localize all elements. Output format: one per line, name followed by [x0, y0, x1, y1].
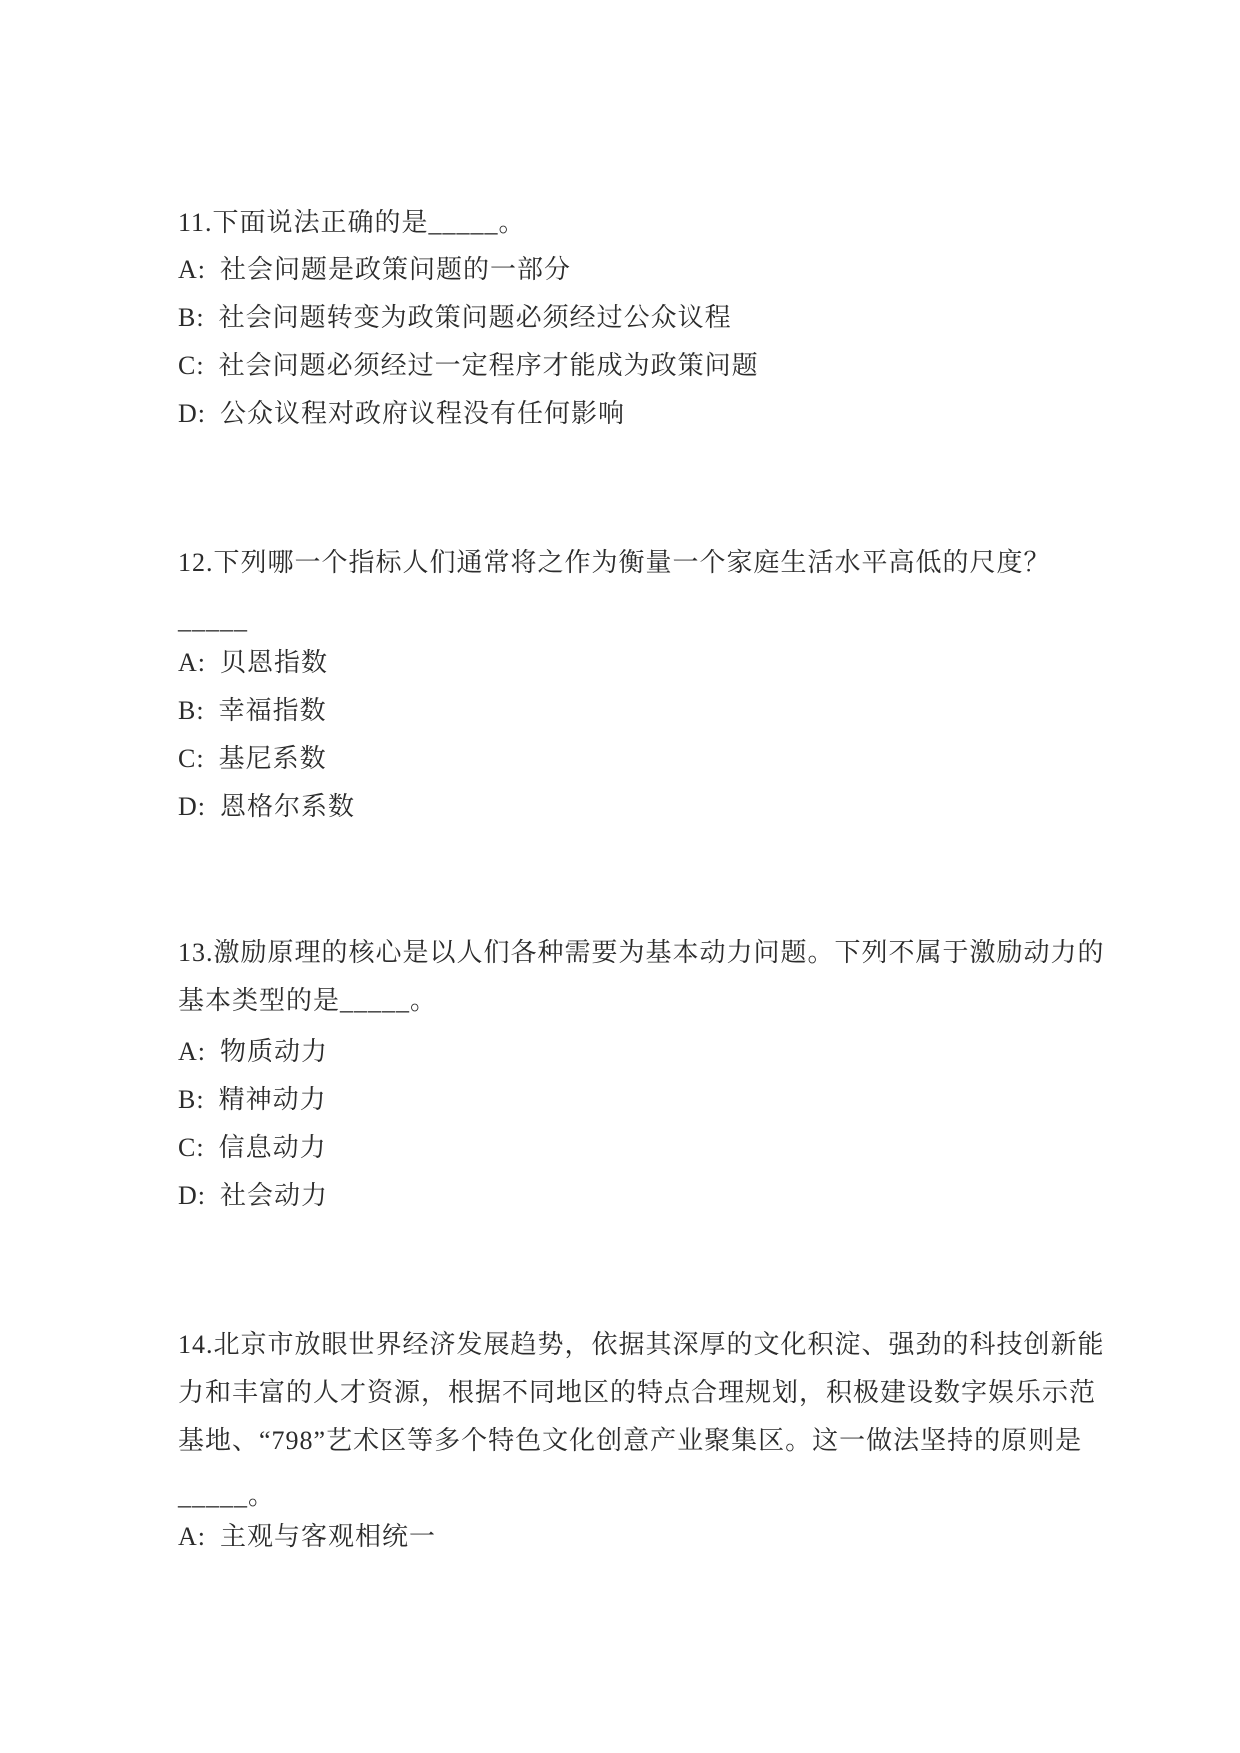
option-row: A:贝恩指数 — [178, 647, 1180, 679]
option-letter: A: — [178, 254, 206, 286]
option-text: 社会动力 — [220, 1181, 328, 1210]
option-text: 社会问题必须经过一定程序才能成为政策问题 — [219, 351, 759, 380]
option-text: 恩格尔系数 — [220, 792, 355, 821]
option-letter: C: — [178, 743, 205, 775]
question-blank-line: _____ — [178, 604, 1180, 636]
option-row: D:社会动力 — [178, 1180, 1180, 1212]
option-letter: A: — [178, 647, 206, 679]
question-stem-line: 11.下面说法正确的是_____。 — [178, 207, 1180, 239]
option-row: C:基尼系数 — [178, 743, 1180, 775]
question-stem-line: 基地、“798”艺术区等多个特色文化创意产业聚集区。这一做法坚持的原则是 — [178, 1425, 1180, 1457]
question-stem-line: 力和丰富的人才资源，根据不同地区的特点合理规划，积极建设数字娱乐示范 — [178, 1377, 1180, 1409]
question-stem-line: 13.激励原理的核心是以人们各种需要为基本动力问题。下列不属于激励动力的 — [178, 937, 1180, 969]
option-text: 物质动力 — [220, 1037, 328, 1066]
option-letter: B: — [178, 695, 205, 727]
option-row: C:信息动力 — [178, 1132, 1180, 1164]
option-row: D:恩格尔系数 — [178, 791, 1180, 823]
option-text: 社会问题是政策问题的一部分 — [220, 255, 571, 284]
question-14: 14.北京市放眼世界经济发展趋势，依据其深厚的文化积淀、强劲的科技创新能 力和丰… — [178, 1329, 1180, 1553]
option-letter: A: — [178, 1036, 206, 1068]
option-letter: D: — [178, 1180, 206, 1212]
option-text: 社会问题转变为政策问题必须经过公众议程 — [219, 303, 732, 332]
option-text: 公众议程对政府议程没有任何影响 — [220, 399, 625, 428]
option-row: C:社会问题必须经过一定程序才能成为政策问题 — [178, 350, 1180, 382]
document-page: 11.下面说法正确的是_____。 A:社会问题是政策问题的一部分 B:社会问题… — [0, 0, 1240, 1553]
option-text: 基尼系数 — [219, 744, 327, 773]
option-row: D:公众议程对政府议程没有任何影响 — [178, 398, 1180, 430]
option-text: 幸福指数 — [219, 696, 327, 725]
option-letter: B: — [178, 302, 205, 334]
option-text: 贝恩指数 — [220, 648, 328, 677]
option-letter: D: — [178, 791, 206, 823]
option-letter: C: — [178, 1132, 205, 1164]
option-row: B:社会问题转变为政策问题必须经过公众议程 — [178, 302, 1180, 334]
question-stem-line: 12.下列哪一个指标人们通常将之作为衡量一个家庭生活水平高低的尺度？ — [178, 547, 1180, 579]
question-stem-line: 基本类型的是_____。 — [178, 985, 1180, 1017]
option-row: A:主观与客观相统一 — [178, 1521, 1180, 1553]
option-letter: D: — [178, 398, 206, 430]
question-blank-line: _____。 — [178, 1480, 1180, 1512]
option-row: A:物质动力 — [178, 1036, 1180, 1068]
question-13: 13.激励原理的核心是以人们各种需要为基本动力问题。下列不属于激励动力的 基本类… — [178, 937, 1180, 1212]
option-letter: B: — [178, 1084, 205, 1116]
option-row: B:精神动力 — [178, 1084, 1180, 1116]
option-text: 主观与客观相统一 — [220, 1522, 436, 1551]
option-text: 信息动力 — [219, 1133, 327, 1162]
option-letter: C: — [178, 350, 205, 382]
question-11: 11.下面说法正确的是_____。 A:社会问题是政策问题的一部分 B:社会问题… — [178, 207, 1180, 430]
option-row: B:幸福指数 — [178, 695, 1180, 727]
option-text: 精神动力 — [219, 1085, 327, 1114]
option-letter: A: — [178, 1521, 206, 1553]
question-stem-line: 14.北京市放眼世界经济发展趋势，依据其深厚的文化积淀、强劲的科技创新能 — [178, 1329, 1180, 1361]
question-12: 12.下列哪一个指标人们通常将之作为衡量一个家庭生活水平高低的尺度？ _____… — [178, 547, 1180, 823]
option-row: A:社会问题是政策问题的一部分 — [178, 254, 1180, 286]
